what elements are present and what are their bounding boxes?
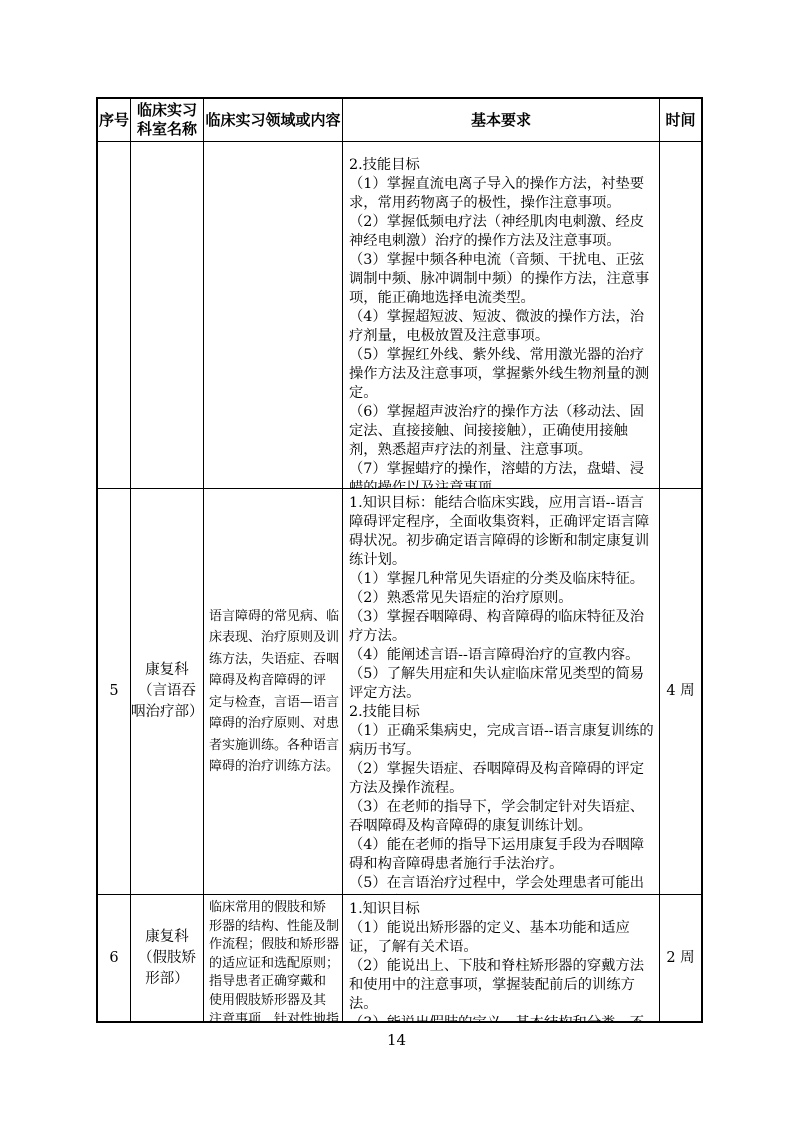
requirement-paragraph: （2）熟悉常见失语症的治疗原则。 bbox=[349, 589, 656, 608]
cell-seq: 6 bbox=[98, 895, 131, 1021]
requirement-paragraph: （4）能阐述言语--语言障碍治疗的宣教内容。 bbox=[349, 646, 656, 665]
header-cell-requirements: 基本要求 bbox=[343, 99, 660, 142]
table-row-5: 5 康复科 （言语吞 咽治疗部） 语言障碍的常见病、临 床表现、治疗原则及训 练… bbox=[98, 489, 701, 895]
header-cell-dept: 临床实习 科室名称 bbox=[131, 99, 204, 142]
requirement-paragraph: （1）正确采集病史，完成言语--语言康复训练的病历书写。 bbox=[349, 722, 656, 760]
cell-dept-name: 康复科 （假肢矫 形部） bbox=[131, 895, 204, 1021]
table-row-continuation: 2.技能目标（1）掌握直流电离子导入的操作方法，衬垫要求，常用药物离子的极性，操… bbox=[98, 142, 701, 489]
table-header-row: 序号 临床实习 科室名称 临床实习领域或内容 基本要求 时间 bbox=[98, 99, 701, 142]
requirement-paragraph: （1）能说出矫形器的定义、基本功能和适应证，了解有关术语。 bbox=[349, 919, 656, 957]
requirement-paragraph: （4）掌握超短波、短波、微波的操作方法，治疗剂量，电极放置及注意事项。 bbox=[349, 308, 656, 346]
cell-domain-content: 临床常用的假肢和矫 形器的结构、性能及制 作流程；假肢和矫形器 的适应证和选配原… bbox=[204, 895, 343, 1021]
requirement-paragraph: （3）掌握吞咽障碍、构音障碍的临床特征及治疗方法。 bbox=[349, 608, 656, 646]
requirement-paragraph: 2.技能目标 bbox=[349, 156, 656, 175]
requirement-paragraph: （3）在老师的指导下，学会制定针对失语症、吞咽障碍及构音障碍的康复训练计划。 bbox=[349, 798, 656, 836]
document-page: 序号 临床实习 科室名称 临床实习领域或内容 基本要求 时间 2.技能目标（1）… bbox=[0, 0, 793, 1122]
cell-requirements: 2.技能目标（1）掌握直流电离子导入的操作方法，衬垫要求，常用药物离子的极性，操… bbox=[343, 142, 660, 489]
cell-requirements: 1.知识目标：能结合临床实践，应用言语--语言障碍评定程序，全面收集资料，正确评… bbox=[343, 489, 660, 895]
cell-duration: 4 周 bbox=[660, 489, 701, 895]
requirement-paragraph: （5）在言语治疗过程中，学会处理患者可能出现的紧急情况。 bbox=[349, 874, 656, 895]
table-row-6: 6 康复科 （假肢矫 形部） 临床常用的假肢和矫 形器的结构、性能及制 作流程；… bbox=[98, 895, 701, 1021]
requirement-paragraph: （7）掌握蜡疗的操作，溶蜡的方法，盘蜡、浸蜡的操作以及注意事项。 bbox=[349, 460, 656, 489]
internship-table: 序号 临床实习 科室名称 临床实习领域或内容 基本要求 时间 2.技能目标（1）… bbox=[96, 97, 703, 1023]
cell-dept-name bbox=[131, 142, 204, 489]
header-cell-seq: 序号 bbox=[98, 99, 131, 142]
cell-duration bbox=[660, 142, 701, 489]
requirement-paragraph: （2）掌握失语症、吞咽障碍及构音障碍的评定方法及操作流程。 bbox=[349, 760, 656, 798]
requirement-paragraph: （1）掌握直流电离子导入的操作方法，衬垫要求，常用药物离子的极性，操作注意事项。 bbox=[349, 175, 656, 213]
requirement-paragraph: （3）掌握中频各种电流（音频、干扰电、正弦调制中频、脉冲调制中频）的操作方法，注… bbox=[349, 251, 656, 308]
cell-duration: 2 周 bbox=[660, 895, 701, 1021]
requirement-paragraph: 2.技能目标 bbox=[349, 703, 656, 722]
requirement-paragraph: （6）掌握超声波治疗的操作方法（移动法、固定法、直接接触、间接接触），正确使用接… bbox=[349, 403, 656, 460]
cell-seq: 5 bbox=[98, 489, 131, 895]
requirement-paragraph: （4）能在老师的指导下运用康复手段为吞咽障碍和构音障碍患者施行手法治疗。 bbox=[349, 836, 656, 874]
header-cell-duration: 时间 bbox=[660, 99, 701, 142]
cell-domain-content: 语言障碍的常见病、临 床表现、治疗原则及训 练方法，失语症、吞咽 障碍及构音障碍… bbox=[204, 489, 343, 895]
requirement-paragraph: （5）掌握红外线、紫外线、常用激光器的治疗操作方法及注意事项，掌握紫外线生物剂量… bbox=[349, 346, 656, 403]
cell-requirements: 1.知识目标（1）能说出矫形器的定义、基本功能和适应证，了解有关术语。（2）能说… bbox=[343, 895, 660, 1021]
header-cell-domain: 临床实习领域或内容 bbox=[204, 99, 343, 142]
requirement-paragraph: （5）了解失用症和失认症临床常见类型的简易评定方法。 bbox=[349, 665, 656, 703]
requirement-paragraph: 1.知识目标：能结合临床实践，应用言语--语言障碍评定程序，全面收集资料，正确评… bbox=[349, 494, 656, 570]
requirement-paragraph: （3）能说出假肢的定义、基本结构和分类，不同截 bbox=[349, 1014, 656, 1021]
cell-domain-content bbox=[204, 142, 343, 489]
requirement-paragraph: （2）掌握低频电疗法（神经肌肉电刺激、经皮神经电刺激）治疗的操作方法及注意事项。 bbox=[349, 213, 656, 251]
cell-seq bbox=[98, 142, 131, 489]
requirement-paragraph: 1.知识目标 bbox=[349, 900, 656, 919]
page-number: 14 bbox=[0, 1031, 793, 1049]
requirement-paragraph: （2）能说出上、下肢和脊柱矫形器的穿戴方法和使用中的注意事项，掌握装配前后的训练… bbox=[349, 957, 656, 1014]
requirement-paragraph: （1）掌握几种常见失语症的分类及临床特征。 bbox=[349, 570, 656, 589]
cell-dept-name: 康复科 （言语吞 咽治疗部） bbox=[131, 489, 204, 895]
